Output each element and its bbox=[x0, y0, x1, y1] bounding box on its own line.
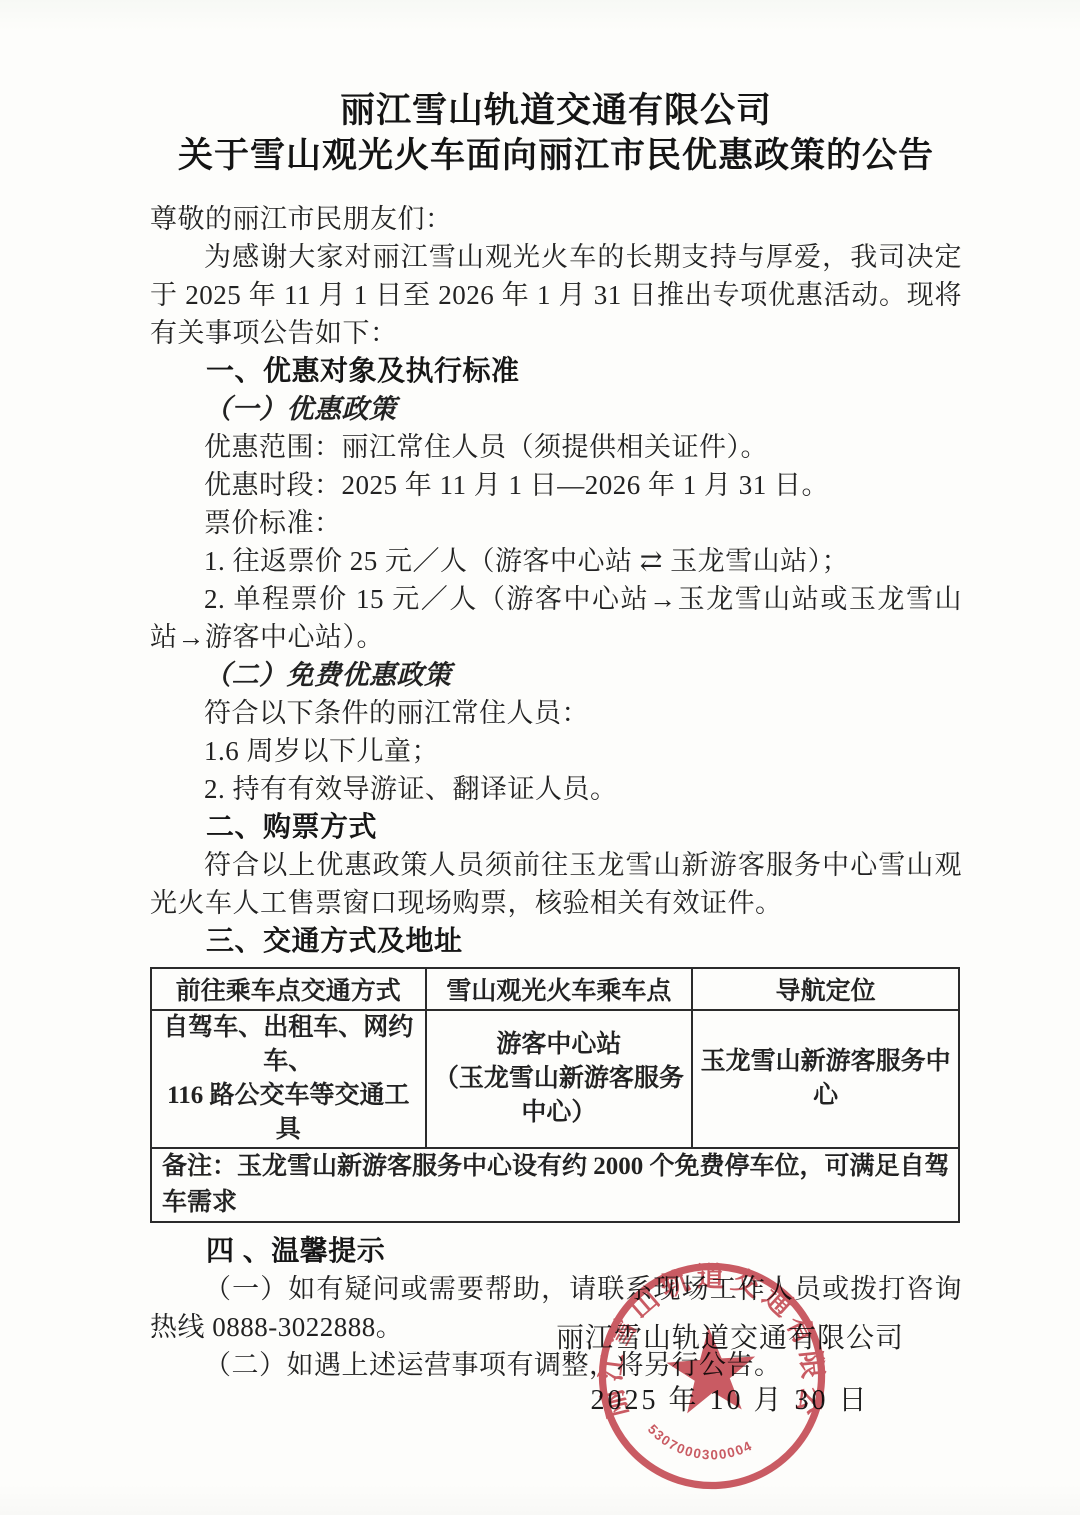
table-note: 备注：玉龙雪山新游客服务中心设有约 2000 个免费停车位，可满足自驾车需求 bbox=[151, 1148, 959, 1222]
signature-date: 2025 年 10 月 30 日 bbox=[520, 1378, 940, 1418]
free-policy-item-children: 1.6 周岁以下儿童； bbox=[150, 732, 962, 770]
document-title-line1: 丽江雪山轨道交通有限公司 bbox=[150, 88, 962, 133]
section1-sub1-heading: （一）优惠政策 bbox=[150, 390, 962, 428]
section4-heading: 四 、温馨提示 bbox=[150, 1232, 962, 1270]
table-row: 自驾车、出租车、网约车、 116 路公交车等交通工具 游客中心站 （玉龙雪山新游… bbox=[151, 1010, 959, 1148]
section2-paragraph: 符合以上优惠政策人员须前往玉龙雪山新游客服务中心雪山观光火车人工售票窗口现场购票… bbox=[150, 846, 962, 922]
boarding-point-line1: 游客中心站 bbox=[431, 1028, 688, 1062]
table-note-row: 备注：玉龙雪山新游客服务中心设有约 2000 个免费停车位，可满足自驾车需求 bbox=[151, 1148, 959, 1222]
fare-item-oneway: 2. 单程票价 15 元／人（游客中心站→玉龙雪山站或玉龙雪山站→游客中心站）。 bbox=[150, 580, 962, 656]
free-policy-intro: 符合以下条件的丽江常住人员： bbox=[150, 694, 962, 732]
boarding-point-line2: （玉龙雪山新游客服务中心） bbox=[431, 1062, 688, 1130]
table-header-boarding-point: 雪山观光火车乘车点 bbox=[426, 968, 693, 1010]
document-content: 丽江雪山轨道交通有限公司 关于雪山观光火车面向丽江市民优惠政策的公告 尊敬的丽江… bbox=[150, 0, 962, 1384]
discount-scope: 优惠范围：丽江常住人员（须提供相关证件）。 bbox=[150, 428, 962, 466]
section3-heading: 三、交通方式及地址 bbox=[150, 922, 962, 960]
signature-block: 丽江雪山轨道交通有限公司 2025 年 10 月 30 日 bbox=[520, 1316, 940, 1418]
section1-sub2-heading: （二）免费优惠政策 bbox=[150, 656, 962, 694]
transport-mode-line2: 116 路公交车等交通工具 bbox=[156, 1079, 421, 1147]
transport-table: 前往乘车点交通方式 雪山观光火车乘车点 导航定位 自驾车、出租车、网约车、 11… bbox=[150, 967, 960, 1223]
table-cell-navigation: 玉龙雪山新游客服务中心 bbox=[692, 1010, 959, 1148]
salutation: 尊敬的丽江市民朋友们： bbox=[150, 200, 962, 238]
transport-mode-line1: 自驾车、出租车、网约车、 bbox=[156, 1011, 421, 1079]
document-title-line2: 关于雪山观光火车面向丽江市民优惠政策的公告 bbox=[150, 133, 962, 178]
free-policy-item-guides: 2. 持有有效导游证、翻译证人员。 bbox=[150, 770, 962, 808]
table-header-row: 前往乘车点交通方式 雪山观光火车乘车点 导航定位 bbox=[151, 968, 959, 1010]
table-header-transport-mode: 前往乘车点交通方式 bbox=[151, 968, 426, 1010]
fare-standard-label: 票价标准： bbox=[150, 504, 962, 542]
table-cell-boarding-point: 游客中心站 （玉龙雪山新游客服务中心） bbox=[426, 1010, 693, 1148]
section2-heading: 二、购票方式 bbox=[150, 808, 962, 846]
signature-company: 丽江雪山轨道交通有限公司 bbox=[520, 1316, 940, 1356]
document-title-block: 丽江雪山轨道交通有限公司 关于雪山观光火车面向丽江市民优惠政策的公告 bbox=[150, 0, 962, 178]
fare-item-roundtrip: 1. 往返票价 25 元／人（游客中心站 ⇄ 玉龙雪山站）； bbox=[150, 542, 962, 580]
section1-heading: 一、优惠对象及执行标准 bbox=[150, 352, 962, 390]
document-page: 丽江雪山轨道交通有限公司 关于雪山观光火车面向丽江市民优惠政策的公告 尊敬的丽江… bbox=[0, 0, 1080, 1515]
discount-period: 优惠时段：2025 年 11 月 1 日—2026 年 1 月 31 日。 bbox=[150, 466, 962, 504]
seal-number: 5307000300004 bbox=[644, 1415, 756, 1467]
table-header-navigation: 导航定位 bbox=[692, 968, 959, 1010]
intro-paragraph: 为感谢大家对丽江雪山观光火车的长期支持与厚爱，我司决定于 2025 年 11 月… bbox=[150, 238, 962, 352]
table-cell-transport-mode: 自驾车、出租车、网约车、 116 路公交车等交通工具 bbox=[151, 1010, 426, 1148]
